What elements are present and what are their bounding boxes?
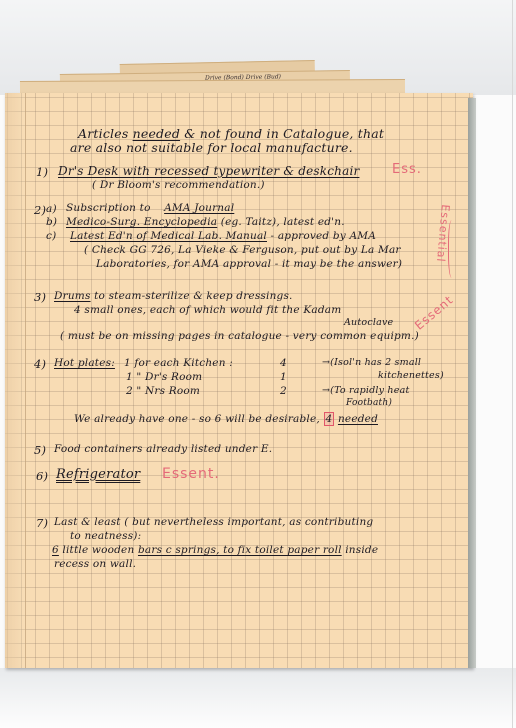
item-2-note-line-1: ( Check GG 726, La Vieke & Ferguson, put…	[84, 244, 401, 256]
item-2a-journal: AMA Journal	[164, 202, 234, 214]
item-3-rest: to steam-sterilize & keep dressings.	[91, 290, 293, 302]
item-4-row-3-qty: 2	[280, 385, 287, 397]
item-4-row-3-note: →(To rapidly heat	[322, 385, 409, 396]
item-5-text: Food containers already listed under E.	[54, 443, 272, 455]
item-4-row-1-note: →(Isol'n has 2 small	[322, 357, 421, 368]
item-4-number: 4)	[34, 357, 46, 371]
item-7-line-1: Last & least ( but nevertheless importan…	[54, 516, 373, 528]
item-7-detail-line-2: recess on wall.	[54, 558, 136, 570]
item-3-line-2: Autoclave	[344, 317, 393, 328]
item-4-needed: needed	[338, 413, 378, 425]
essential-annotation: Ess.	[392, 162, 422, 177]
item-2b-label: b)	[46, 216, 57, 228]
page-tab-text: Drive (Bond) Drive (Bud)	[205, 73, 281, 81]
item-7-detail-text: little wooden	[59, 544, 138, 556]
item-2a-text: Subscription to AMA Journal	[66, 202, 234, 214]
item-3-heading: Drums to steam-sterilize & keep dressing…	[54, 290, 293, 302]
item-3-line-3: ( must be on missing pages in catalogue …	[60, 330, 419, 342]
scan-background-bottom	[0, 668, 516, 728]
item-2c-rest: - approved by AMA	[267, 230, 376, 242]
item-4-row-1-desc: 1 for each Kitchen :	[124, 357, 233, 369]
item-4-summary-text: We already have one - so 6 will be desir…	[74, 413, 320, 425]
item-2a-label: a)	[46, 203, 57, 215]
item-1-number: 1)	[36, 165, 48, 179]
item-4-row-2-desc: 1 " Dr's Room	[126, 371, 202, 383]
title-text: & not found in Catalogue, that	[180, 126, 384, 141]
item-6-heading: Refrigerator	[56, 467, 140, 482]
item-2a-lead: Subscription to	[66, 202, 151, 214]
title-text: Articles	[78, 126, 133, 141]
item-2c-title: Latest Ed'n of Medical Lab. Manual	[70, 230, 267, 242]
item-1-note: ( Dr Bloom's recommendation.)	[92, 179, 265, 191]
notebook-cover-edge	[468, 98, 476, 668]
item-7-detail-end: inside	[342, 544, 379, 556]
item-4-summary: We already have one - so 6 will be desir…	[74, 413, 378, 425]
item-7-line-2: to neatness):	[70, 530, 141, 542]
item-4-boxed-count: 4	[324, 412, 335, 426]
item-6-number: 6)	[36, 469, 48, 483]
item-2b-text: Medico-Surg. Encyclopedia (eg. Taitz), l…	[66, 216, 345, 228]
item-2c-text: Latest Ed'n of Medical Lab. Manual - app…	[70, 230, 376, 242]
title-emphasis: needed	[133, 126, 180, 141]
item-4-row-2-qty: 1	[280, 371, 287, 383]
scan-border	[512, 0, 513, 728]
item-5-number: 5)	[34, 443, 46, 457]
item-1-text: Dr's Desk with recessed typewriter & des…	[58, 164, 359, 178]
item-4-row-3-note-2: Footbath)	[346, 398, 392, 408]
item-7-number: 7)	[36, 516, 48, 530]
item-2b-title: Medico-Surg. Encyclopedia	[66, 216, 217, 228]
item-4-row-3-desc: 2 " Nrs Room	[126, 385, 200, 397]
item-3-number: 3)	[34, 290, 46, 304]
essential-annotation: Essent.	[162, 466, 220, 482]
item-2c-label: c)	[46, 230, 56, 242]
item-3-title: Drums	[54, 290, 91, 302]
item-2b-rest: (eg. Taitz), latest ed'n.	[221, 216, 345, 228]
title-line-2: are also not suitable for local manufact…	[70, 140, 353, 155]
title-line-1: Articles needed & not found in Catalogue…	[78, 126, 384, 141]
item-4-heading: Hot plates:	[54, 357, 115, 369]
item-2-note-line-2: Laboratories, for AMA approval - it may …	[96, 258, 402, 270]
item-7-detail: 6 little wooden bars c springs, to fix t…	[52, 544, 378, 556]
item-3-line-1: 4 small ones, each of which would fit th…	[74, 304, 341, 316]
item-4-row-1-note-2: kitchenettes)	[378, 370, 444, 381]
item-7-detail-emphasis: bars c springs, to fix toilet paper roll	[138, 544, 342, 556]
item-2-number: 2)	[34, 203, 46, 217]
item-7-count: 6	[52, 544, 59, 556]
item-4-row-1-qty: 4	[280, 357, 287, 369]
notebook-binding	[5, 93, 26, 668]
